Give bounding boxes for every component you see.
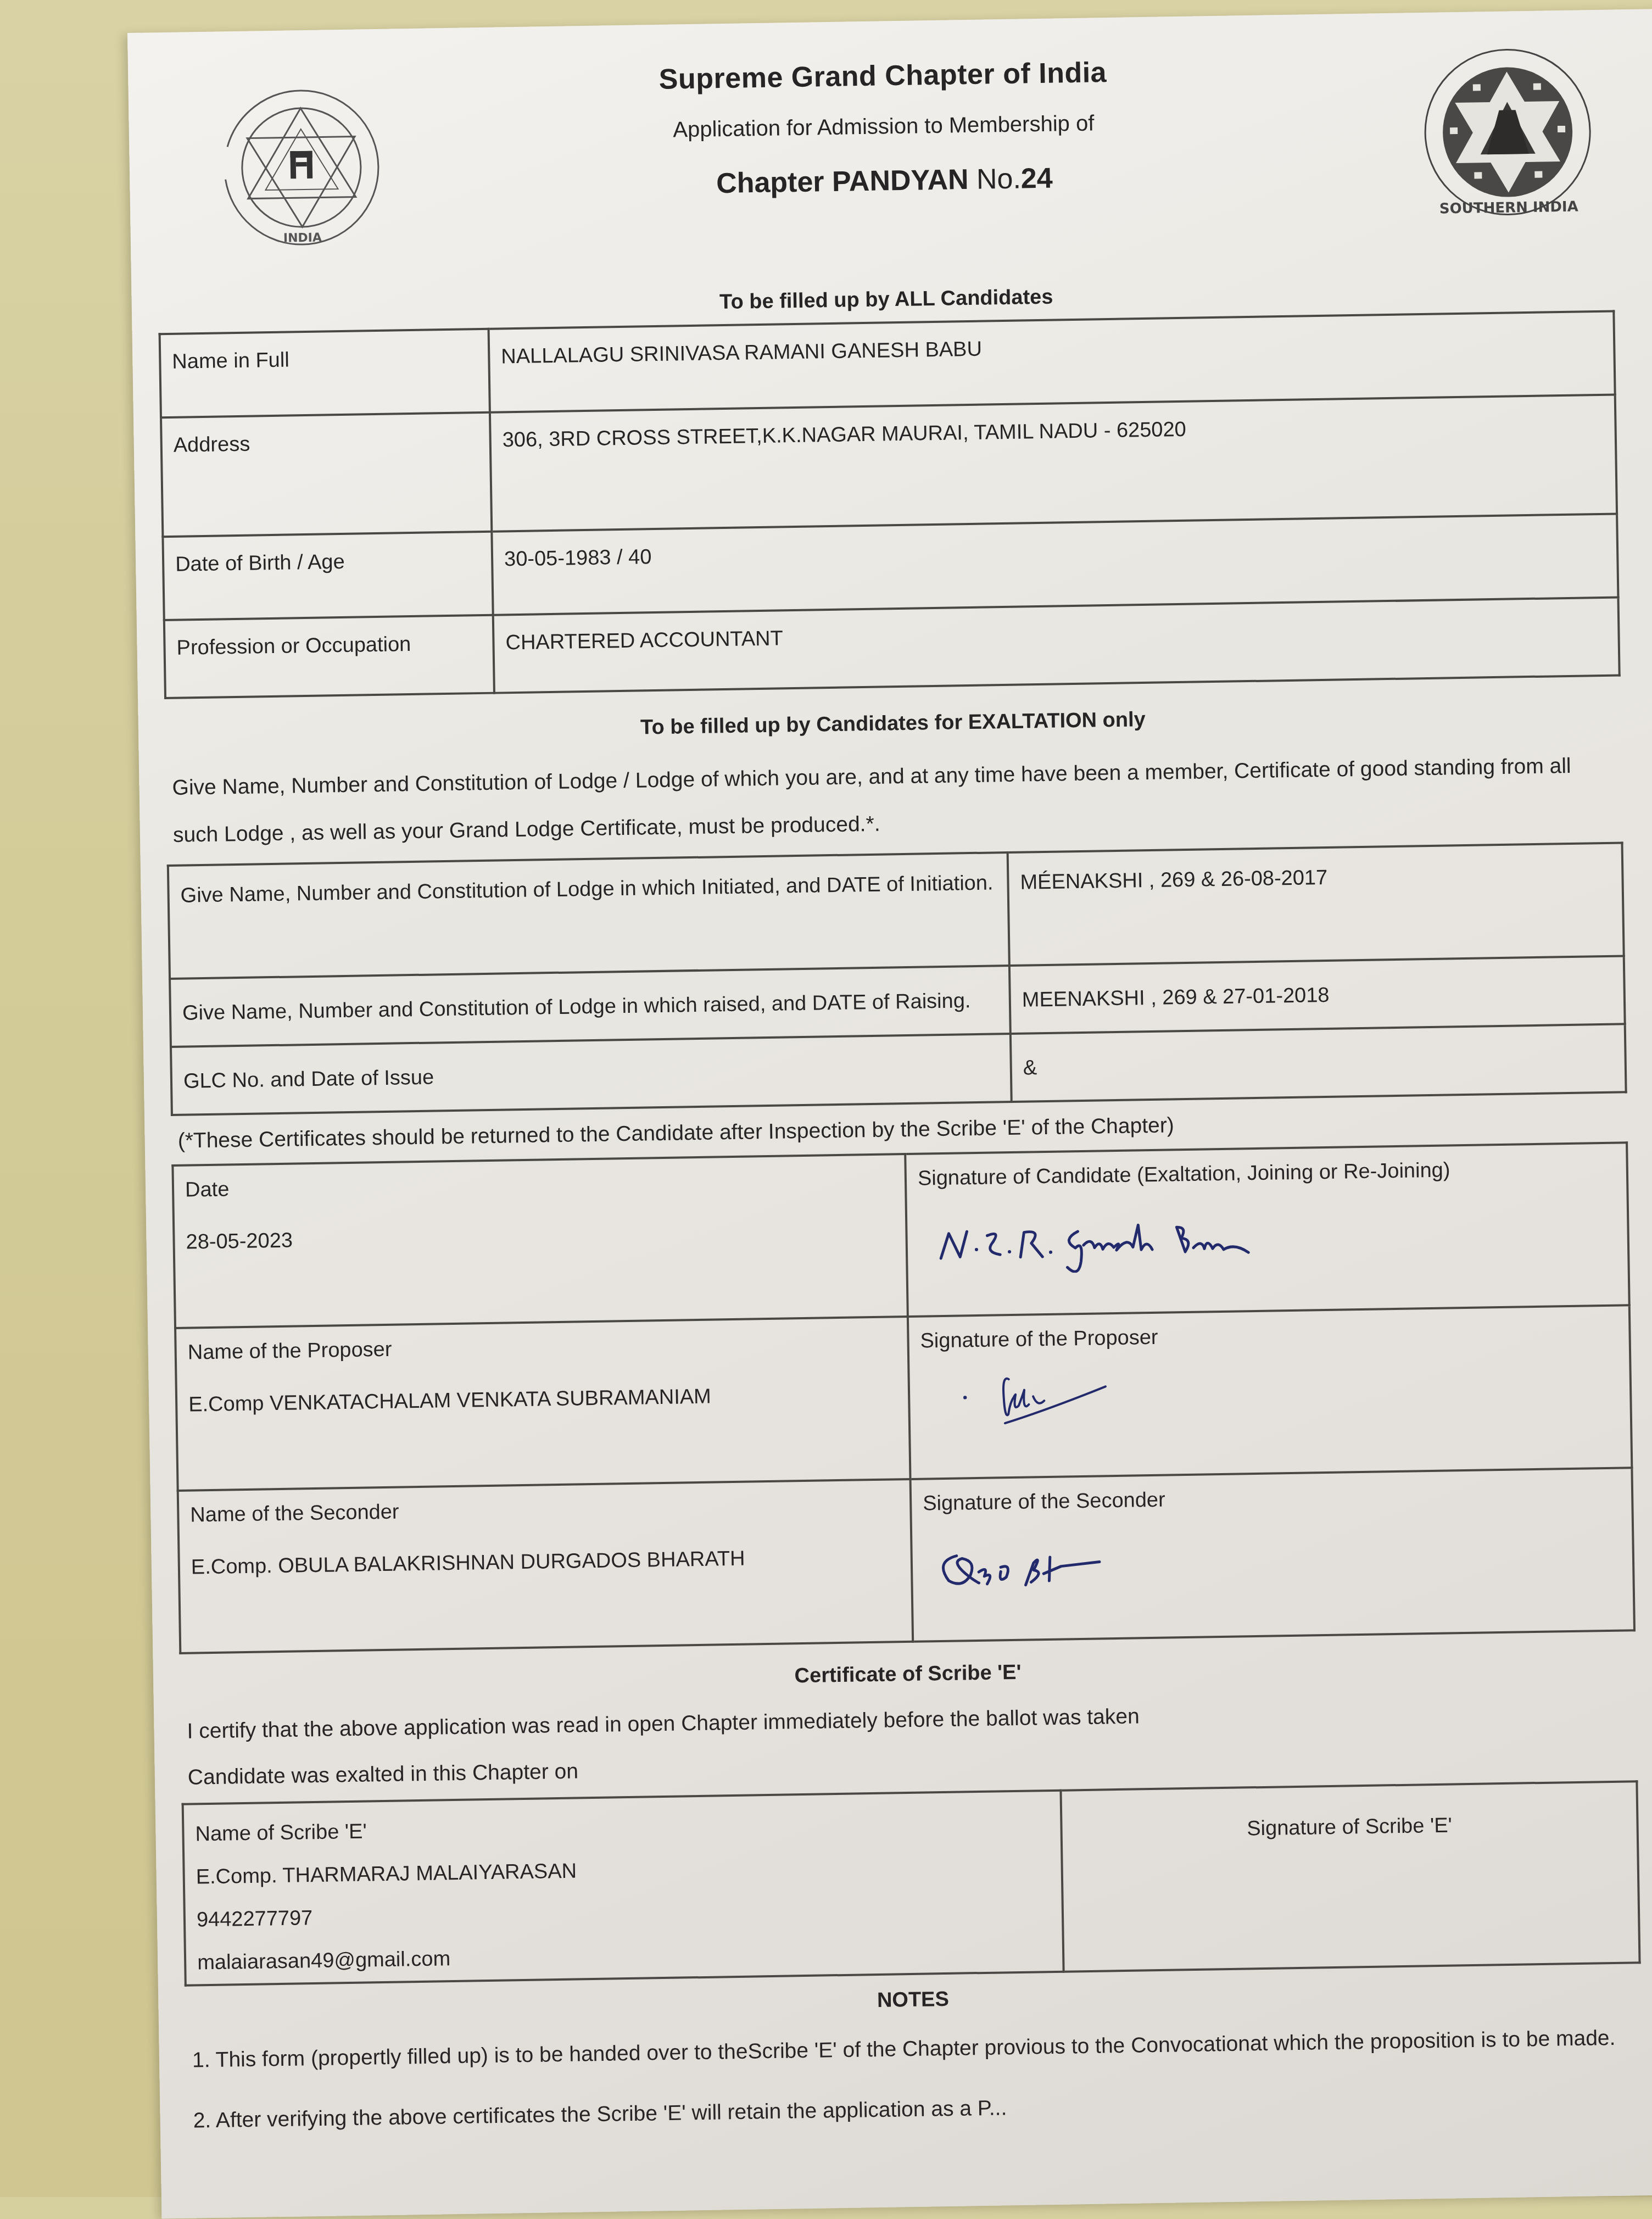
table-row: Name of Scribe 'E' E.Comp. THARMARAJ MAL… bbox=[183, 1781, 1640, 1986]
svg-text:INDIA: INDIA bbox=[283, 231, 322, 245]
organisation-title: Supreme Grand Chapter of India bbox=[154, 48, 1611, 104]
note-item: 1. This form (propertly filled up) is to… bbox=[192, 2016, 1642, 2082]
chapter-name: Chapter PANDYAN bbox=[716, 164, 969, 199]
scribe-details-cell: Name of Scribe 'E' E.Comp. THARMARAJ MAL… bbox=[183, 1791, 1064, 1986]
seconder-cell: Name of the Seconder E.Comp. OBULA BALAK… bbox=[178, 1479, 913, 1653]
seconder-signature[interactable] bbox=[923, 1528, 1320, 1600]
section-heading-notes: NOTES bbox=[185, 1977, 1641, 2023]
signatures-table: Date 28-05-2023 Signature of Candidate (… bbox=[171, 1141, 1636, 1654]
form-subtitle: Application for Admission to Membership … bbox=[155, 103, 1612, 151]
date-field[interactable]: 28-05-2023 bbox=[186, 1219, 895, 1254]
form-content: INDIA Supreme Grand Chapter of India App… bbox=[154, 10, 1644, 2197]
field-label: Profession or Occupation bbox=[164, 615, 494, 698]
candidate-signature-cell: Signature of Candidate (Exaltation, Join… bbox=[905, 1142, 1629, 1317]
date-cell: Date 28-05-2023 bbox=[172, 1154, 907, 1328]
exaltation-instruction: Give Name, Number and Constitution of Lo… bbox=[172, 741, 1623, 858]
table-row: Date 28-05-2023 Signature of Candidate (… bbox=[172, 1142, 1629, 1328]
field-label: Signature of the Proposer bbox=[920, 1319, 1618, 1353]
address-field[interactable]: 306, 3RD CROSS STREET,K.K.NAGAR MAURAI, … bbox=[490, 395, 1617, 532]
notes-list: 1. This form (propertly filled up) is to… bbox=[192, 2016, 1643, 2143]
form-header: INDIA Supreme Grand Chapter of India App… bbox=[154, 10, 1614, 286]
scribe-statement: I certify that the above application was… bbox=[187, 1697, 1637, 1743]
title-block: Supreme Grand Chapter of India Applicati… bbox=[154, 48, 1613, 209]
field-label: Name of the Proposer bbox=[187, 1330, 896, 1364]
chapter-no-label: No. bbox=[976, 163, 1021, 195]
candidate-details-table: Name in Full NALLALAGU SRINIVASA RAMANI … bbox=[159, 310, 1621, 700]
proposer-signature-cell: Signature of the Proposer bbox=[908, 1305, 1632, 1479]
table-row: Name of the Proposer E.Comp VENKATACHALA… bbox=[175, 1305, 1632, 1491]
field-label: Signature of Scribe 'E' bbox=[1247, 1814, 1452, 1841]
candidate-signature[interactable] bbox=[918, 1203, 1315, 1275]
table-row: Name of the Seconder E.Comp. OBULA BALAK… bbox=[178, 1468, 1634, 1653]
field-label: Give Name, Number and Constitution of Lo… bbox=[168, 852, 1009, 979]
field-label: Date bbox=[185, 1167, 894, 1202]
exalted-on-line: Candidate was exalted in this Chapter on bbox=[188, 1743, 1638, 1789]
table-row: Address 306, 3RD CROSS STREET,K.K.NAGAR … bbox=[161, 395, 1617, 537]
section-heading-exaltation: To be filled up by Candidates for EXALTA… bbox=[165, 700, 1621, 747]
proposer-name-field[interactable]: E.Comp VENKATACHALAM VENKATA SUBRAMANIAM bbox=[188, 1382, 897, 1417]
seconder-name-field[interactable]: E.Comp. OBULA BALAKRISHNAN DURGADOS BHAR… bbox=[191, 1545, 900, 1579]
field-label: Date of Birth / Age bbox=[163, 532, 493, 620]
raising-lodge-field[interactable]: MEENAKSHI , 269 & 27-01-2018 bbox=[1009, 956, 1625, 1034]
table-row: Give Name, Number and Constitution of Lo… bbox=[168, 843, 1624, 979]
scribe-signature-cell[interactable]: Signature of Scribe 'E' bbox=[1061, 1781, 1639, 1971]
field-label: Name in Full bbox=[160, 329, 490, 417]
svg-text:SOUTHERN INDIA: SOUTHERN INDIA bbox=[1439, 199, 1578, 218]
field-label: Signature of Candidate (Exaltation, Join… bbox=[918, 1156, 1616, 1191]
note-item: 2. After verifying the above certificate… bbox=[193, 2076, 1643, 2143]
glc-number-field[interactable]: & bbox=[1011, 1024, 1626, 1102]
application-form-sheet: INDIA Supreme Grand Chapter of India App… bbox=[127, 9, 1652, 2197]
initiation-lodge-field[interactable]: MÉENAKSHI , 269 & 26-08-2017 bbox=[1008, 843, 1624, 966]
field-label: Address bbox=[161, 412, 492, 537]
field-label: GLC No. and Date of Issue bbox=[171, 1034, 1012, 1115]
scribe-table: Name of Scribe 'E' E.Comp. THARMARAJ MAL… bbox=[182, 1780, 1641, 1987]
regional-chapter-seal-icon: SOUTHERN INDIA bbox=[1402, 43, 1614, 222]
lodge-details-table: Give Name, Number and Constitution of Lo… bbox=[167, 841, 1627, 1116]
chapter-number: 24 bbox=[1020, 163, 1053, 195]
seconder-signature-cell: Signature of the Seconder bbox=[911, 1468, 1634, 1642]
field-label: Signature of the Seconder bbox=[923, 1481, 1621, 1516]
proposer-signature[interactable] bbox=[920, 1365, 1317, 1437]
chapter-title: Chapter PANDYAN No.24 bbox=[156, 153, 1613, 209]
section-heading-scribe-certificate: Certificate of Scribe 'E' bbox=[180, 1651, 1636, 1698]
field-label: Name of the Seconder bbox=[190, 1492, 899, 1527]
field-label: Give Name, Number and Constitution of Lo… bbox=[170, 966, 1011, 1047]
proposer-cell: Name of the Proposer E.Comp VENKATACHALA… bbox=[175, 1317, 910, 1491]
